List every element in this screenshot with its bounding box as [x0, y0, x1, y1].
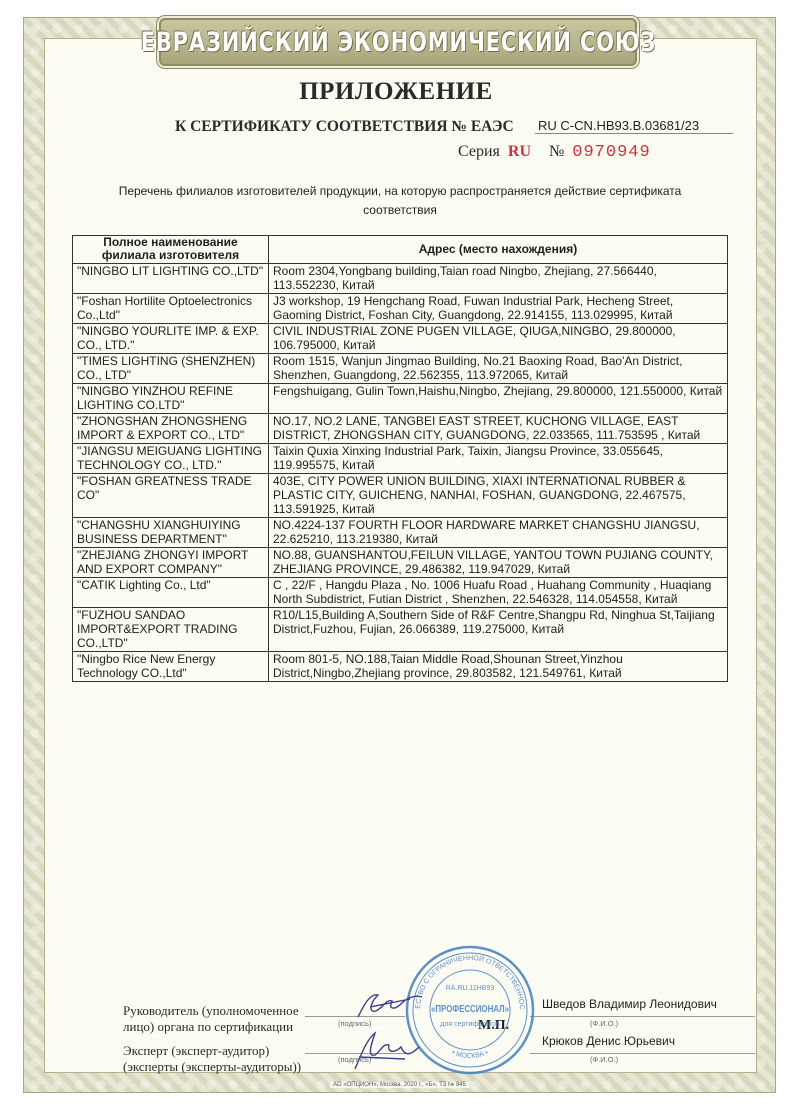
document-content: ПРИЛОЖЕНИЕ К СЕРТИФИКАТУ СООТВЕТСТВИЯ № … [0, 0, 792, 1120]
expert-name-line [530, 1053, 755, 1054]
branch-name: "ZHONGSHAN ZHONGSHENG IMPORT & EXPORT CO… [73, 414, 269, 444]
head-label: Руководитель (уполномоченное лицо) орган… [123, 1003, 299, 1035]
svg-text:• МОСКВА •: • МОСКВА • [451, 1049, 490, 1060]
table-row: "ZHEJIANG ZHONGYI IMPORT AND EXPORT COMP… [73, 548, 728, 578]
branch-name: "JIANGSU MEIGUANG LIGHTING TECHNOLOGY CO… [73, 444, 269, 474]
series-label: Серия [458, 143, 500, 160]
branch-address: Room 1515, Wanjun Jingmao Building, No.2… [269, 354, 728, 384]
expert-label-line-1: Эксперт (эксперт-аудитор) [123, 1043, 301, 1059]
table-body: "NINGBO LIT LIGHTING CO.,LTD"Room 2304,Y… [73, 264, 728, 682]
head-signature [350, 985, 430, 1025]
column-header-address: Адрес (место нахождения) [269, 236, 728, 264]
branches-table: Полное наименование филиала изготовителя… [72, 235, 728, 682]
branch-address: Taixin Quxia Xinxing Industrial Park, Ta… [269, 444, 728, 474]
branch-address: J3 workshop, 19 Hengchang Road, Fuwan In… [269, 294, 728, 324]
branch-name: "Foshan Hortilite Optoelectronics Co.,Lt… [73, 294, 269, 324]
branch-address: Room 2304,Yongbang building,Taian road N… [269, 264, 728, 294]
branch-address: NO.88, GUANSHANTOU,FEILUN VILLAGE, YANTO… [269, 548, 728, 578]
table-header-row: Полное наименование филиала изготовителя… [73, 236, 728, 264]
table-row: "NINGBO LIT LIGHTING CO.,LTD"Room 2304,Y… [73, 264, 728, 294]
branch-name: "NINGBO YINZHOU REFINE LIGHTING CO.LTD" [73, 384, 269, 414]
head-label-line-2: лицо) органа по сертификации [123, 1019, 299, 1035]
branch-name: "NINGBO YOURLITE IMP. & EXP. CO., LTD." [73, 324, 269, 354]
intro-line-2: соответствия [90, 201, 710, 220]
branch-address: Fengshuigang, Gulin Town,Haishu,Ningbo, … [269, 384, 728, 414]
stamp-purpose: для сертификатов [440, 1021, 500, 1028]
branch-name: "FUZHOU SANDAO IMPORT&EXPORT TRADING CO.… [73, 608, 269, 652]
table-row: "NINGBO YOURLITE IMP. & EXP. CO., LTD."C… [73, 324, 728, 354]
table-row: "Foshan Hortilite Optoelectronics Co.,Lt… [73, 294, 728, 324]
page-title: ПРИЛОЖЕНИЕ [0, 78, 792, 106]
stamp-org: «ПРОФЕССИОНАЛ» [431, 1004, 509, 1015]
branch-address: Room 801-5, NO.188,Taian Middle Road,Sho… [269, 652, 728, 682]
number-label: № [549, 143, 564, 160]
table-row: "JIANGSU MEIGUANG LIGHTING TECHNOLOGY CO… [73, 444, 728, 474]
expert-label-line-2: (эксперты (эксперты-аудиторы)) [123, 1059, 301, 1075]
branch-name: "NINGBO LIT LIGHTING CO.,LTD" [73, 264, 269, 294]
branch-address: NO.4224-137 FOURTH FLOOR HARDWARE MARKET… [269, 518, 728, 548]
series-value: RU [508, 143, 531, 160]
certificate-number-underline [535, 133, 733, 134]
intro-line-1: Перечень филиалов изготовителей продукци… [90, 182, 710, 201]
branch-address: CIVIL INDUSTRIAL ZONE PUGEN VILLAGE, QIU… [269, 324, 728, 354]
certificate-subtitle: К СЕРТИФИКАТУ СООТВЕТСТВИЯ № ЕАЭС [175, 118, 514, 136]
printer-imprint: АО «ОПЦИОН», Москва, 2020 г., «Б», Т3 № … [330, 1082, 469, 1088]
branch-name: "Ningbo Rice New Energy Technology CO.,L… [73, 652, 269, 682]
head-name-line [530, 1016, 755, 1017]
head-label-line-1: Руководитель (уполномоченное [123, 1003, 299, 1019]
expert-name: Крюков Денис Юрьевич [542, 1034, 675, 1048]
table-row: "TIMES LIGHTING (SHENZHEN) CO., LTD"Room… [73, 354, 728, 384]
branch-address: 403E, CITY POWER UNION BUILDING, XIAXI I… [269, 474, 728, 518]
branch-name: "CATIK Lighting Co., Ltd" [73, 578, 269, 608]
column-header-name: Полное наименование филиала изготовителя [73, 236, 269, 264]
table-row: "NINGBO YINZHOU REFINE LIGHTING CO.LTD"F… [73, 384, 728, 414]
intro-text: Перечень филиалов изготовителей продукци… [90, 182, 710, 220]
table-row: "Ningbo Rice New Energy Technology CO.,L… [73, 652, 728, 682]
stamp-registry: RA.RU.11НВ93 [446, 985, 495, 992]
expert-label: Эксперт (эксперт-аудитор) (эксперты (экс… [123, 1043, 301, 1075]
head-name-caption: (Ф.И.О.) [590, 1019, 618, 1028]
expert-signature [345, 1027, 425, 1072]
expert-name-caption: (Ф.И.О.) [590, 1055, 618, 1064]
series-line: СерияRU№0970949 [458, 143, 651, 162]
branch-name: "CHANGSHU XIANGHUIYING BUSINESS DEPARTME… [73, 518, 269, 548]
branch-name: "ZHEJIANG ZHONGYI IMPORT AND EXPORT COMP… [73, 548, 269, 578]
table-row: "ZHONGSHAN ZHONGSHENG IMPORT & EXPORT CO… [73, 414, 728, 444]
stamp-city: • МОСКВА • [451, 1049, 490, 1060]
branch-name: "FOSHAN GREATNESS TRADE CO" [73, 474, 269, 518]
certificate-number: RU C-CN.НВ93.В.03681/23 [538, 118, 699, 133]
branch-address: R10/L15,Building A,Southern Side of R&F … [269, 608, 728, 652]
form-number: 0970949 [572, 143, 650, 162]
branch-name: "TIMES LIGHTING (SHENZHEN) CO., LTD" [73, 354, 269, 384]
table-row: "FOSHAN GREATNESS TRADE CO"403E, CITY PO… [73, 474, 728, 518]
branch-address: NO.17, NO.2 LANE, TANGBEI EAST STREET, K… [269, 414, 728, 444]
table-row: "CHANGSHU XIANGHUIYING BUSINESS DEPARTME… [73, 518, 728, 548]
table-row: "FUZHOU SANDAO IMPORT&EXPORT TRADING CO.… [73, 608, 728, 652]
table-row: "CATIK Lighting Co., Ltd"C , 22/F , Hang… [73, 578, 728, 608]
head-name: Шведов Владимир Леонидович [542, 997, 717, 1011]
branch-address: C , 22/F , Hangdu Plaza , No. 1006 Huafu… [269, 578, 728, 608]
